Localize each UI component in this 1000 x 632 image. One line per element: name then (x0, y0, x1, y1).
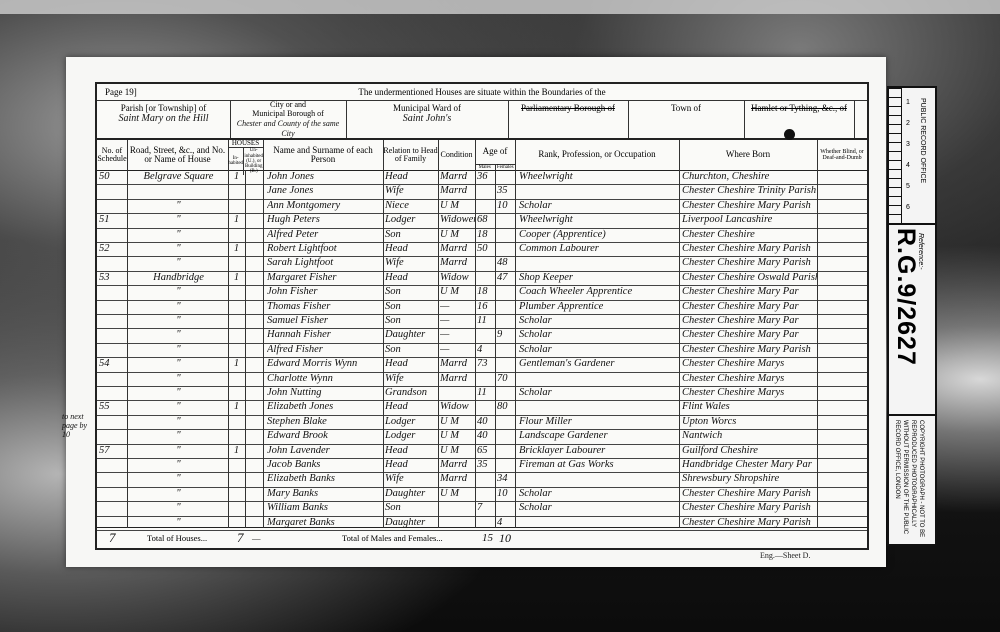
born-cell: Chester Cheshire Mary Par (682, 300, 817, 314)
occupation-cell: Scholar (519, 386, 679, 400)
column-rule (438, 170, 439, 528)
inhabited-cell (228, 199, 245, 213)
table-row: Jane JonesWifeMarrd35Chester Cheshire Tr… (97, 184, 867, 199)
condition-cell: Marrd (440, 372, 475, 386)
occupation-cell: Scholar (519, 314, 679, 328)
relation-cell: Son (385, 300, 438, 314)
table-row: "Edward BrookLodgerU M40Landscape Garden… (97, 429, 867, 444)
road-cell: " (129, 213, 228, 227)
born-cell: Chester Cheshire Mary Par (682, 285, 817, 299)
occupation-cell: Shop Keeper (519, 271, 679, 285)
table-row: "William BanksSon7ScholarChester Cheshir… (97, 501, 867, 516)
scan-top-edge (0, 0, 1000, 14)
reference-number: R.G.9/2627 (891, 228, 920, 366)
table-row: "Mary BanksDaughterU M10ScholarChester C… (97, 487, 867, 502)
road-cell: " (129, 429, 228, 443)
relation-cell: Head (385, 400, 438, 414)
col-road: Road, Street, &c., and No. or Name of Ho… (127, 140, 229, 170)
ward-value: Saint John's (403, 113, 452, 124)
female-age-cell: 34 (497, 472, 515, 486)
inhabited-cell: 1 (228, 271, 245, 285)
column-rule (263, 170, 264, 528)
born-cell: Chester Cheshire (682, 228, 817, 242)
inhabited-cell (228, 228, 245, 242)
ink-blot (784, 129, 795, 140)
road-cell: " (129, 328, 228, 342)
relation-cell: Lodger (385, 429, 438, 443)
column-rule (515, 170, 516, 528)
table-row: "Hannah FisherDaughter—9ScholarChester C… (97, 328, 867, 343)
name-cell: Edward Morris Wynn (267, 357, 383, 371)
road-cell: " (129, 415, 228, 429)
born-cell: Upton Worcs (682, 415, 817, 429)
col-blind: Whether Blind, or Deaf-and-Dumb (817, 140, 867, 170)
road-cell: Handbridge (129, 271, 228, 285)
parliamentary-label: Parliamentary Borough of (508, 103, 628, 113)
parish-label: Parish [or Township] of (97, 103, 230, 113)
condition-cell: U M (440, 487, 475, 501)
condition-cell: — (440, 328, 475, 342)
road-cell: " (129, 343, 228, 357)
condition-cell: U M (440, 429, 475, 443)
inhabited-cell (228, 429, 245, 443)
born-cell: Chester Cheshire Mary Parish (682, 256, 817, 270)
column-rule (383, 170, 384, 528)
total-males: 15 (482, 528, 493, 548)
schedule-cell (99, 184, 127, 198)
name-cell: Alfred Peter (267, 228, 383, 242)
condition-cell: U M (440, 285, 475, 299)
female-age-cell (497, 242, 515, 256)
schedule-cell (99, 328, 127, 342)
table-row: 57"1John LavenderHeadU M65Bricklayer Lab… (97, 444, 867, 459)
female-age-cell: 9 (497, 328, 515, 342)
name-cell: Elizabeth Jones (267, 400, 383, 414)
female-age-cell: 80 (497, 400, 515, 414)
male-age-cell: 40 (477, 415, 495, 429)
occupation-cell: Scholar (519, 501, 679, 515)
schedule-cell (99, 415, 127, 429)
schedule-cell: 52 (99, 242, 127, 256)
relation-cell: Head (385, 242, 438, 256)
schedule-cell (99, 472, 127, 486)
col-schedule: No. of Schedule (97, 140, 128, 170)
road-cell: " (129, 472, 228, 486)
relation-cell: Head (385, 357, 438, 371)
name-cell: Jacob Banks (267, 458, 383, 472)
male-age-cell (477, 328, 495, 342)
schedule-cell: 50 (99, 170, 127, 184)
born-cell: Shrewsbury Shropshire (682, 472, 817, 486)
born-cell: Liverpool Lancashire (682, 213, 817, 227)
ruler-mark: 5 (903, 176, 913, 197)
road-cell: " (129, 242, 228, 256)
occupation-cell: Scholar (519, 487, 679, 501)
schedule-cell: 51 (99, 213, 127, 227)
column-rule (495, 170, 496, 528)
inhabited-cell (228, 372, 245, 386)
born-cell: Chester Cheshire Marys (682, 386, 817, 400)
female-age-cell: 48 (497, 256, 515, 270)
condition-cell: — (440, 314, 475, 328)
male-age-cell: 7 (477, 501, 495, 515)
born-cell: Chester Cheshire Mary Parish (682, 242, 817, 256)
condition-cell: Marrd (440, 242, 475, 256)
born-cell: Chester Cheshire Mary Parish (682, 487, 817, 501)
relation-cell: Grandson (385, 386, 438, 400)
name-cell: Hannah Fisher (267, 328, 383, 342)
ecclesiastical-cell (854, 100, 867, 138)
male-age-cell: 68 (477, 213, 495, 227)
male-age-cell: 16 (477, 300, 495, 314)
female-age-cell (497, 343, 515, 357)
condition-cell (440, 501, 475, 515)
female-age-cell: 47 (497, 271, 515, 285)
boundaries-header: Parish [or Township] of Saint Mary on th… (97, 100, 867, 140)
inhabited-cell (228, 458, 245, 472)
totals-row: 7 Total of Houses... 7 — Total of Males … (97, 527, 867, 548)
female-age-cell (497, 213, 515, 227)
hamlet-label: Hamlet or Tything, &c., of (744, 103, 854, 113)
condition-cell: U M (440, 228, 475, 242)
inhabited-cell: 1 (228, 357, 245, 371)
name-cell: John Lavender (267, 444, 383, 458)
inhabited-cell: 1 (228, 213, 245, 227)
ruler-mark: 4 (903, 155, 913, 176)
female-age-cell (497, 458, 515, 472)
houses-label: HOUSES (228, 140, 263, 148)
name-cell: John Jones (267, 170, 383, 184)
female-age-cell: 70 (497, 372, 515, 386)
schedule-cell (99, 314, 127, 328)
ruler-mark: 6 (903, 197, 913, 218)
total-inhabited: 7 (237, 528, 244, 548)
male-age-cell (477, 372, 495, 386)
table-row: "John FisherSonU M18Coach Wheeler Appren… (97, 285, 867, 300)
ruler-marks: 123456 (903, 92, 913, 218)
column-rule (817, 170, 818, 528)
occupation-cell (519, 400, 679, 414)
borough-cell: City or and Municipal Borough of Chester… (230, 100, 347, 138)
condition-cell: Marrd (440, 472, 475, 486)
table-row: 53Handbridge1Margaret FisherHeadWidow47S… (97, 271, 867, 286)
name-cell: Hugh Peters (267, 213, 383, 227)
name-cell: Edward Brook (267, 429, 383, 443)
age-label: Age of (483, 140, 508, 164)
parliamentary-cell: Parliamentary Borough of (508, 100, 629, 138)
occupation-cell: Plumber Apprentice (519, 300, 679, 314)
occupation-cell (519, 184, 679, 198)
female-age-cell (497, 285, 515, 299)
male-age-cell (477, 472, 495, 486)
name-cell: Margaret Fisher (267, 271, 383, 285)
name-cell: Ann Montgomery (267, 199, 383, 213)
column-rule (228, 170, 229, 528)
relation-cell: Son (385, 228, 438, 242)
total-houses-label: Total of Houses... (147, 528, 207, 548)
inhabited-cell (228, 300, 245, 314)
male-age-cell: 11 (477, 386, 495, 400)
name-cell: Elizabeth Banks (267, 472, 383, 486)
relation-cell: Wife (385, 184, 438, 198)
condition-cell (440, 386, 475, 400)
born-cell: Chester Cheshire Oswald Parish (682, 271, 817, 285)
total-females: 10 (499, 528, 511, 548)
ruler-mark: 3 (903, 134, 913, 155)
occupation-cell: Wheelwright (519, 213, 679, 227)
name-cell: Charlotte Wynn (267, 372, 383, 386)
table-row: 51"1Hugh PetersLodgerWidower68Wheelwrigh… (97, 213, 867, 228)
born-cell: Churchton, Cheshire (682, 170, 817, 184)
name-cell: Samuel Fisher (267, 314, 383, 328)
occupation-cell: Coach Wheeler Apprentice (519, 285, 679, 299)
schedule-cell (99, 343, 127, 357)
inhabited-cell: 1 (228, 170, 245, 184)
name-cell: Robert Lightfoot (267, 242, 383, 256)
born-cell: Guilford Cheshire (682, 444, 817, 458)
ruler-mark: 1 (903, 92, 913, 113)
name-cell: John Nutting (267, 386, 383, 400)
male-age-cell: 36 (477, 170, 495, 184)
male-age-cell (477, 400, 495, 414)
form-heading: The undermentioned Houses are situate wi… (97, 84, 867, 100)
column-rule (127, 170, 128, 528)
relation-cell: Son (385, 501, 438, 515)
reference-strip: 123456 PUBLIC RECORD OFFICE Reference:- … (887, 86, 937, 546)
male-age-cell: 11 (477, 314, 495, 328)
schedule-cell: 53 (99, 271, 127, 285)
table-row: "Elizabeth BanksWifeMarrd34Shrewsbury Sh… (97, 472, 867, 487)
inhabited-cell (228, 285, 245, 299)
occupation-cell: Scholar (519, 328, 679, 342)
borough-label-2: Municipal Borough of (230, 109, 346, 118)
col-houses: HOUSES In-habited Un-inhabited (U.), or … (228, 140, 264, 170)
female-age-cell: 10 (497, 199, 515, 213)
table-row: "Samuel FisherSon—11ScholarChester Chesh… (97, 314, 867, 329)
inhabited-cell (228, 343, 245, 357)
table-row: "Ann MontgomeryNieceU M10ScholarChester … (97, 199, 867, 214)
schedule-cell (99, 501, 127, 515)
condition-cell: U M (440, 199, 475, 213)
road-cell: " (129, 228, 228, 242)
condition-cell: Widow (440, 271, 475, 285)
road-cell: " (129, 199, 228, 213)
condition-cell: Marrd (440, 170, 475, 184)
inhabited-cell: 1 (228, 444, 245, 458)
condition-cell: Marrd (440, 458, 475, 472)
hamlet-cell: Hamlet or Tything, &c., of (744, 100, 855, 138)
name-cell: John Fisher (267, 285, 383, 299)
relation-cell: Head (385, 444, 438, 458)
schedule-cell: 57 (99, 444, 127, 458)
female-age-cell (497, 228, 515, 242)
born-cell: Flint Wales (682, 400, 817, 414)
relation-cell: Son (385, 314, 438, 328)
road-cell: " (129, 386, 228, 400)
relation-cell: Wife (385, 256, 438, 270)
inhabited-cell (228, 256, 245, 270)
strip-divider (889, 414, 935, 416)
condition-cell: Marrd (440, 256, 475, 270)
schedule-cell (99, 285, 127, 299)
sheet-footer: Eng.—Sheet D. (760, 551, 810, 560)
table-row: "Thomas FisherSon—16Plumber ApprenticeCh… (97, 300, 867, 315)
table-row: 50Belgrave Square1John JonesHeadMarrd36W… (97, 170, 867, 185)
col-age: Age of Males Females (475, 140, 516, 170)
occupation-cell: Flour Miller (519, 415, 679, 429)
occupation-cell: Wheelwright (519, 170, 679, 184)
male-age-cell: 40 (477, 429, 495, 443)
name-cell: Jane Jones (267, 184, 383, 198)
inhabited-cell (228, 184, 245, 198)
relation-cell: Lodger (385, 213, 438, 227)
road-cell: " (129, 372, 228, 386)
table-row: "Alfred PeterSonU M18Cooper (Apprentice)… (97, 228, 867, 243)
male-age-cell (477, 256, 495, 270)
parish-cell: Parish [or Township] of Saint Mary on th… (97, 100, 231, 138)
occupation-cell (519, 472, 679, 486)
road-cell: " (129, 458, 228, 472)
name-cell: William Banks (267, 501, 383, 515)
name-cell: Sarah Lightfoot (267, 256, 383, 270)
schedule-cell (99, 256, 127, 270)
schedule-cell (99, 487, 127, 501)
schedule-cell: 55 (99, 400, 127, 414)
occupation-cell: Scholar (519, 343, 679, 357)
inhabited-cell (228, 487, 245, 501)
ruler: 123456 PUBLIC RECORD OFFICE (889, 88, 935, 225)
parish-value: Saint Mary on the Hill (119, 113, 209, 124)
female-age-cell: 10 (497, 487, 515, 501)
col-condition: Condition (438, 140, 476, 170)
male-age-cell (477, 487, 495, 501)
inhabited-cell: 1 (228, 242, 245, 256)
inhabited-cell (228, 386, 245, 400)
born-cell: Chester Cheshire Mary Parish (682, 199, 817, 213)
born-cell: Chester Cheshire Mary Parish (682, 501, 817, 515)
column-headers: No. of Schedule Road, Street, &c., and N… (97, 140, 867, 171)
road-cell: " (129, 357, 228, 371)
ruler-mark: 2 (903, 113, 913, 134)
col-name: Name and Surname of each Person (263, 140, 384, 170)
relation-cell: Head (385, 170, 438, 184)
inhabited-cell (228, 501, 245, 515)
inhabited-cell (228, 328, 245, 342)
born-cell: Handbridge Chester Mary Par (682, 458, 817, 472)
born-cell: Chester Cheshire Mary Par (682, 314, 817, 328)
table-row: "Sarah LightfootWifeMarrd48Chester Chesh… (97, 256, 867, 271)
road-cell (129, 184, 228, 198)
town-cell: Town of (628, 100, 745, 138)
condition-cell: Marrd (440, 184, 475, 198)
margin-note: to next page by 10 (62, 412, 92, 439)
total-uninhabited: — (252, 528, 261, 548)
female-age-cell (497, 357, 515, 371)
male-age-cell: 4 (477, 343, 495, 357)
female-age-cell (497, 314, 515, 328)
table-row: "Charlotte WynnWifeMarrd70Chester Cheshi… (97, 372, 867, 387)
road-cell: " (129, 256, 228, 270)
occupation-cell: Common Labourer (519, 242, 679, 256)
borough-label-1: City or and (230, 100, 346, 109)
relation-cell: Daughter (385, 328, 438, 342)
male-age-cell: 35 (477, 458, 495, 472)
male-age-cell (477, 271, 495, 285)
female-age-cell (497, 300, 515, 314)
male-age-cell: 73 (477, 357, 495, 371)
table-row: "John NuttingGrandson11ScholarChester Ch… (97, 386, 867, 401)
name-cell: Mary Banks (267, 487, 383, 501)
table-row: "Stephen BlakeLodgerU M40Flour MillerUpt… (97, 415, 867, 430)
female-age-cell (497, 170, 515, 184)
female-age-cell (497, 429, 515, 443)
road-cell: " (129, 300, 228, 314)
ruler-ticks (889, 88, 902, 223)
schedule-cell (99, 372, 127, 386)
relation-cell: Lodger (385, 415, 438, 429)
total-schedules: 7 (109, 528, 116, 548)
col-born: Where Born (679, 140, 818, 170)
col-relation: Relation to Head of Family (383, 140, 439, 170)
occupation-cell (519, 372, 679, 386)
relation-cell: Son (385, 285, 438, 299)
female-age-cell (497, 415, 515, 429)
male-age-cell: 50 (477, 242, 495, 256)
relation-cell: Head (385, 271, 438, 285)
condition-cell: U M (440, 415, 475, 429)
road-cell: " (129, 314, 228, 328)
schedule-cell (99, 429, 127, 443)
form-title-bar: Page 19] The undermentioned Houses are s… (97, 84, 867, 101)
inhabited-cell (228, 415, 245, 429)
schedule-cell (99, 386, 127, 400)
relation-cell: Son (385, 343, 438, 357)
male-age-cell: 18 (477, 285, 495, 299)
relation-cell: Wife (385, 372, 438, 386)
condition-cell: — (440, 300, 475, 314)
table-row: 52"1Robert LightfootHeadMarrd50Common La… (97, 242, 867, 257)
inhabited-cell (228, 472, 245, 486)
schedule-cell (99, 300, 127, 314)
name-cell: Alfred Fisher (267, 343, 383, 357)
ward-label: Municipal Ward of (346, 103, 508, 113)
table-row: "Alfred FisherSon—4ScholarChester Cheshi… (97, 343, 867, 358)
road-cell: " (129, 400, 228, 414)
male-age-cell (477, 199, 495, 213)
table-row: 55"1Elizabeth JonesHeadWidow80Flint Wale… (97, 400, 867, 415)
road-cell: " (129, 444, 228, 458)
born-cell: Chester Cheshire Mary Parish (682, 343, 817, 357)
name-cell: Thomas Fisher (267, 300, 383, 314)
road-cell: " (129, 487, 228, 501)
male-age-cell: 65 (477, 444, 495, 458)
road-cell: " (129, 285, 228, 299)
male-age-cell (477, 184, 495, 198)
col-occupation: Rank, Profession, or Occupation (515, 140, 680, 170)
occupation-cell: Landscape Gardener (519, 429, 679, 443)
female-age-cell (497, 501, 515, 515)
inhabited-cell: 1 (228, 400, 245, 414)
table-row: 54"1Edward Morris WynnHeadMarrd73Gentlem… (97, 357, 867, 372)
column-rule (245, 170, 246, 528)
male-age-cell: 18 (477, 228, 495, 242)
condition-cell: Widower (440, 213, 475, 227)
born-cell: Chester Cheshire Mary Par (682, 328, 817, 342)
census-form: Page 19] The undermentioned Houses are s… (95, 82, 869, 550)
condition-cell: Marrd (440, 357, 475, 371)
condition-cell: — (440, 343, 475, 357)
column-rule (679, 170, 680, 528)
